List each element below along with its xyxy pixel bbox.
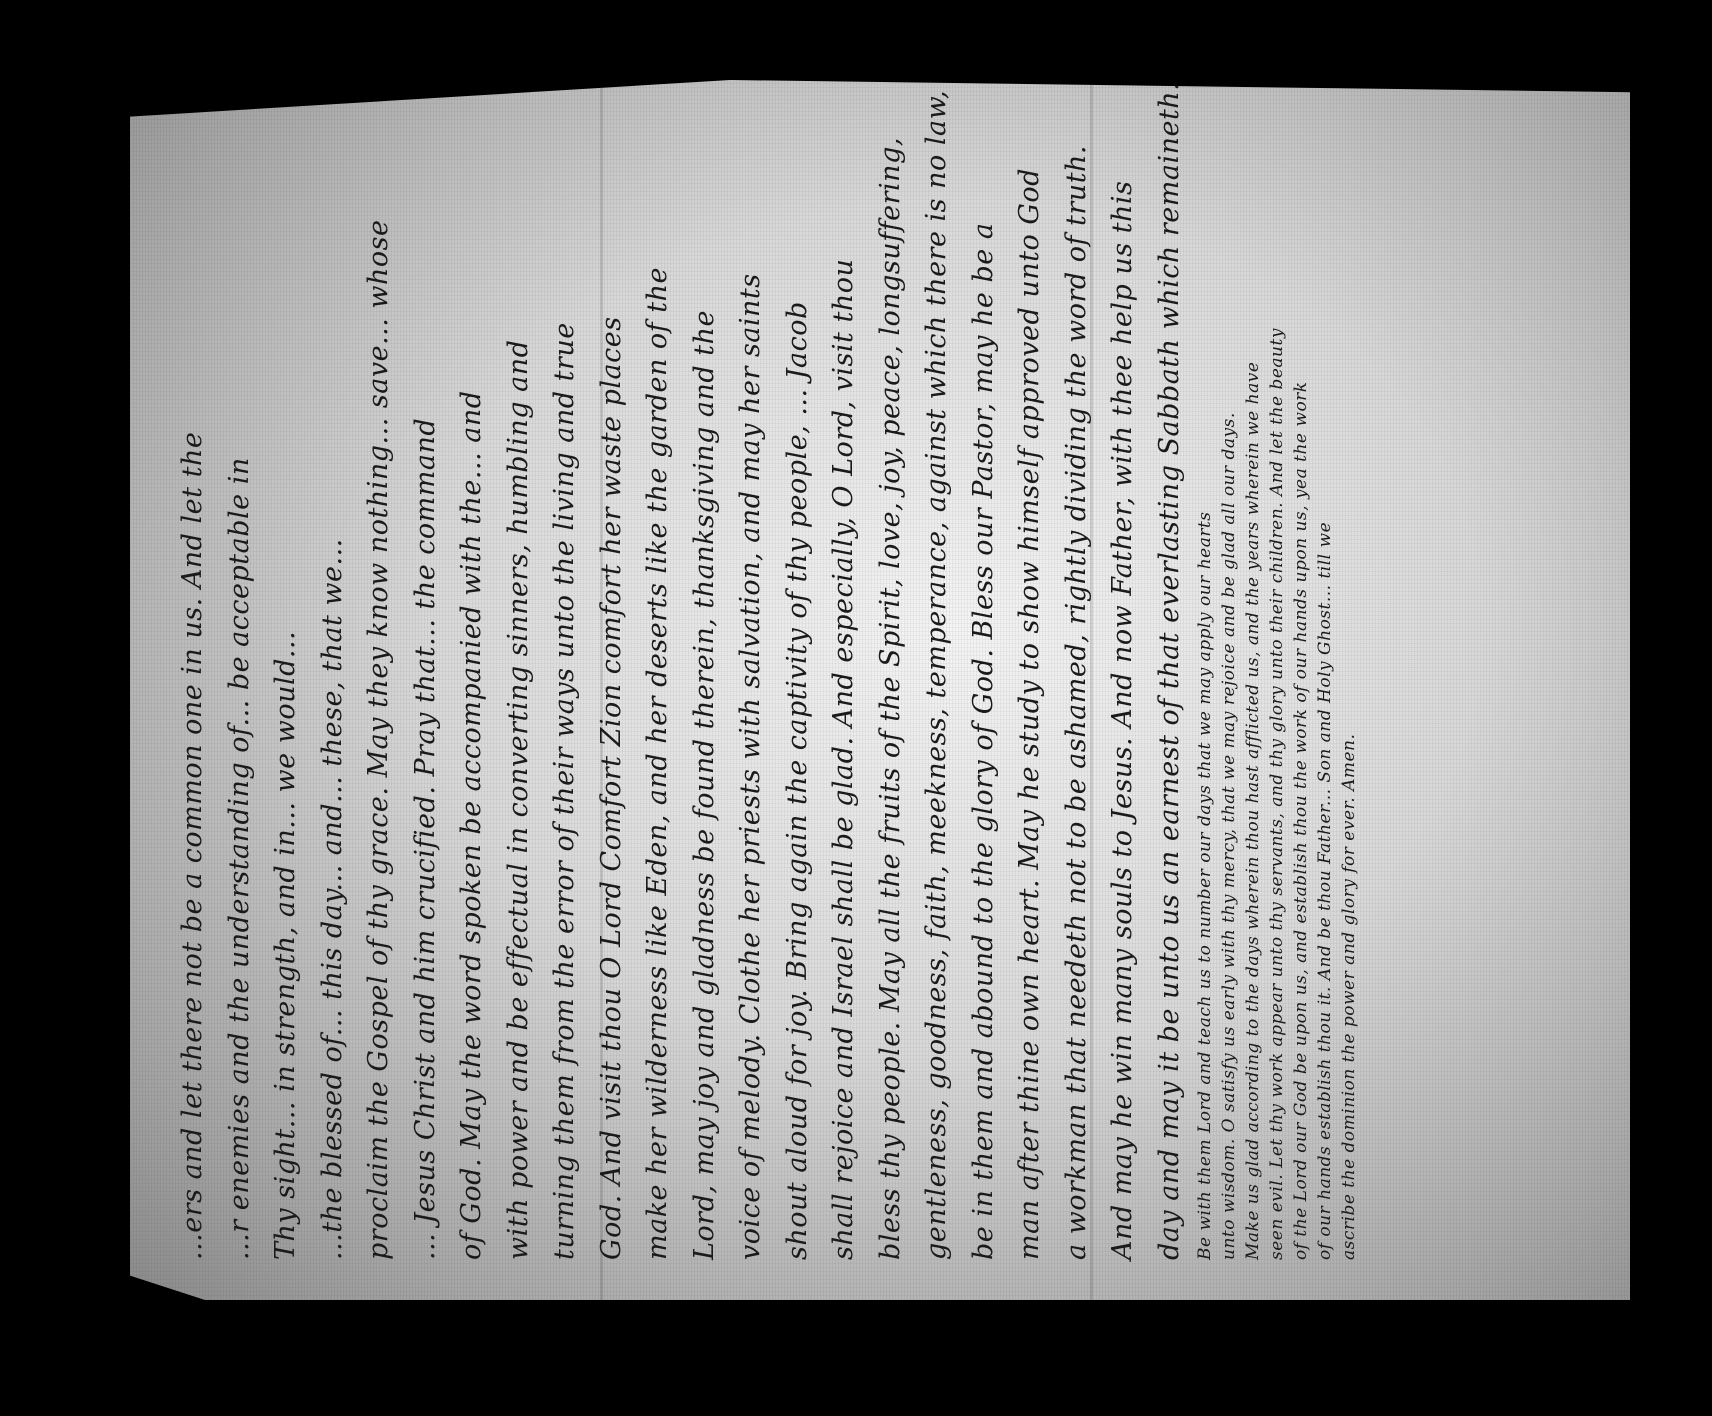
manuscript-line: Lord, may joy and gladness be found ther… xyxy=(682,140,729,1260)
manuscript-line: And may he win many souls to Jesus. And … xyxy=(1100,140,1147,1260)
manuscript-line: seen evil. Let thy work appear unto thy … xyxy=(1265,140,1289,1260)
manuscript-line: a workman that needeth not to be ashamed… xyxy=(1054,140,1101,1260)
manuscript-line: of God. May the word spoken be accompani… xyxy=(449,140,496,1260)
manuscript-line: of our hands establish thou it. And be t… xyxy=(1313,140,1337,1260)
manuscript-line: shout aloud for joy. Bring again the cap… xyxy=(775,140,822,1260)
manuscript-line: ...r enemies and the understanding of...… xyxy=(217,140,264,1260)
manuscript-line: Make us glad according to the days where… xyxy=(1241,140,1265,1260)
manuscript-line: with power and be effectual in convertin… xyxy=(496,140,543,1260)
manuscript-line: gentleness, goodness, faith, meekness, t… xyxy=(914,140,961,1260)
manuscript-line: voice of melody. Clothe her priests with… xyxy=(728,140,775,1260)
manuscript-line: ...the blessed of... this day... and... … xyxy=(310,140,357,1260)
manuscript-line: be in them and abound to the glory of Go… xyxy=(961,140,1008,1260)
manuscript-text-block: ...ers and let there not be a common one… xyxy=(130,80,1630,1300)
manuscript-line: of the Lord our God be upon us, and esta… xyxy=(1289,140,1313,1260)
manuscript-line: turning them from the error of their way… xyxy=(542,140,589,1260)
manuscript-line: God. And visit thou O Lord Comfort Zion … xyxy=(589,140,636,1260)
manuscript-line: shall rejoice and Israel shall be glad. … xyxy=(821,140,868,1260)
manuscript-line: Be with them Lord and teach us to number… xyxy=(1193,140,1217,1260)
manuscript-line: ...ers and let there not be a common one… xyxy=(170,140,217,1260)
manuscript-line: day and may it be unto us an earnest of … xyxy=(1147,140,1194,1260)
manuscript-line: ascribe the dominion the power and glory… xyxy=(1337,140,1361,1260)
manuscript-line: man after thine own heart. May he study … xyxy=(1007,140,1054,1260)
manuscript-line: bless thy people. May all the fruits of … xyxy=(868,140,915,1260)
manuscript-page: ...ers and let there not be a common one… xyxy=(130,80,1630,1300)
manuscript-line: make her wilderness like Eden, and her d… xyxy=(635,140,682,1260)
manuscript-line: unto wisdom. O satisfy us early with thy… xyxy=(1217,140,1241,1260)
manuscript-line: proclaim the Gospel of thy grace. May th… xyxy=(356,140,403,1260)
manuscript-line: Thy sight... in strength, and in... we w… xyxy=(263,140,310,1260)
manuscript-line: ... Jesus Christ and him crucified. Pray… xyxy=(403,140,450,1260)
